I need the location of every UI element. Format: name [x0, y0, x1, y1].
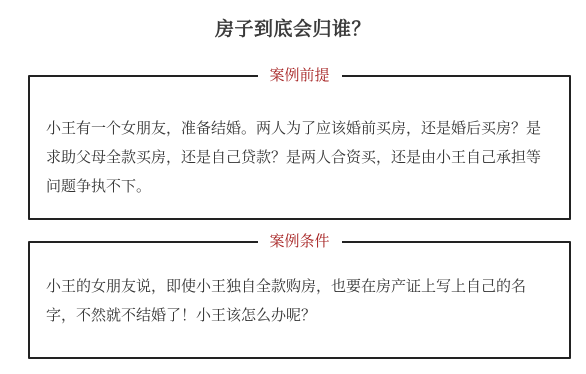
- case-condition-label: 案例条件: [257, 231, 341, 251]
- case-premise-text: 小王有一个女朋友，准备结婚。两人为了应该婚前买房，还是婚后买房？是求助父母全款买…: [46, 114, 555, 201]
- page-title: 房子到底会归谁？: [0, 14, 586, 41]
- case-premise-box: 案例前提 小王有一个女朋友，准备结婚。两人为了应该婚前买房，还是婚后买房？是求助…: [28, 75, 571, 220]
- case-premise-label: 案例前提: [257, 65, 341, 85]
- case-condition-box: 案例条件 小王的女朋友说，即使小王独自全款购房，也要在房产证上写上自己的名字，不…: [28, 241, 571, 359]
- case-condition-text: 小王的女朋友说，即使小王独自全款购房，也要在房产证上写上自己的名字，不然就不结婚…: [46, 272, 555, 330]
